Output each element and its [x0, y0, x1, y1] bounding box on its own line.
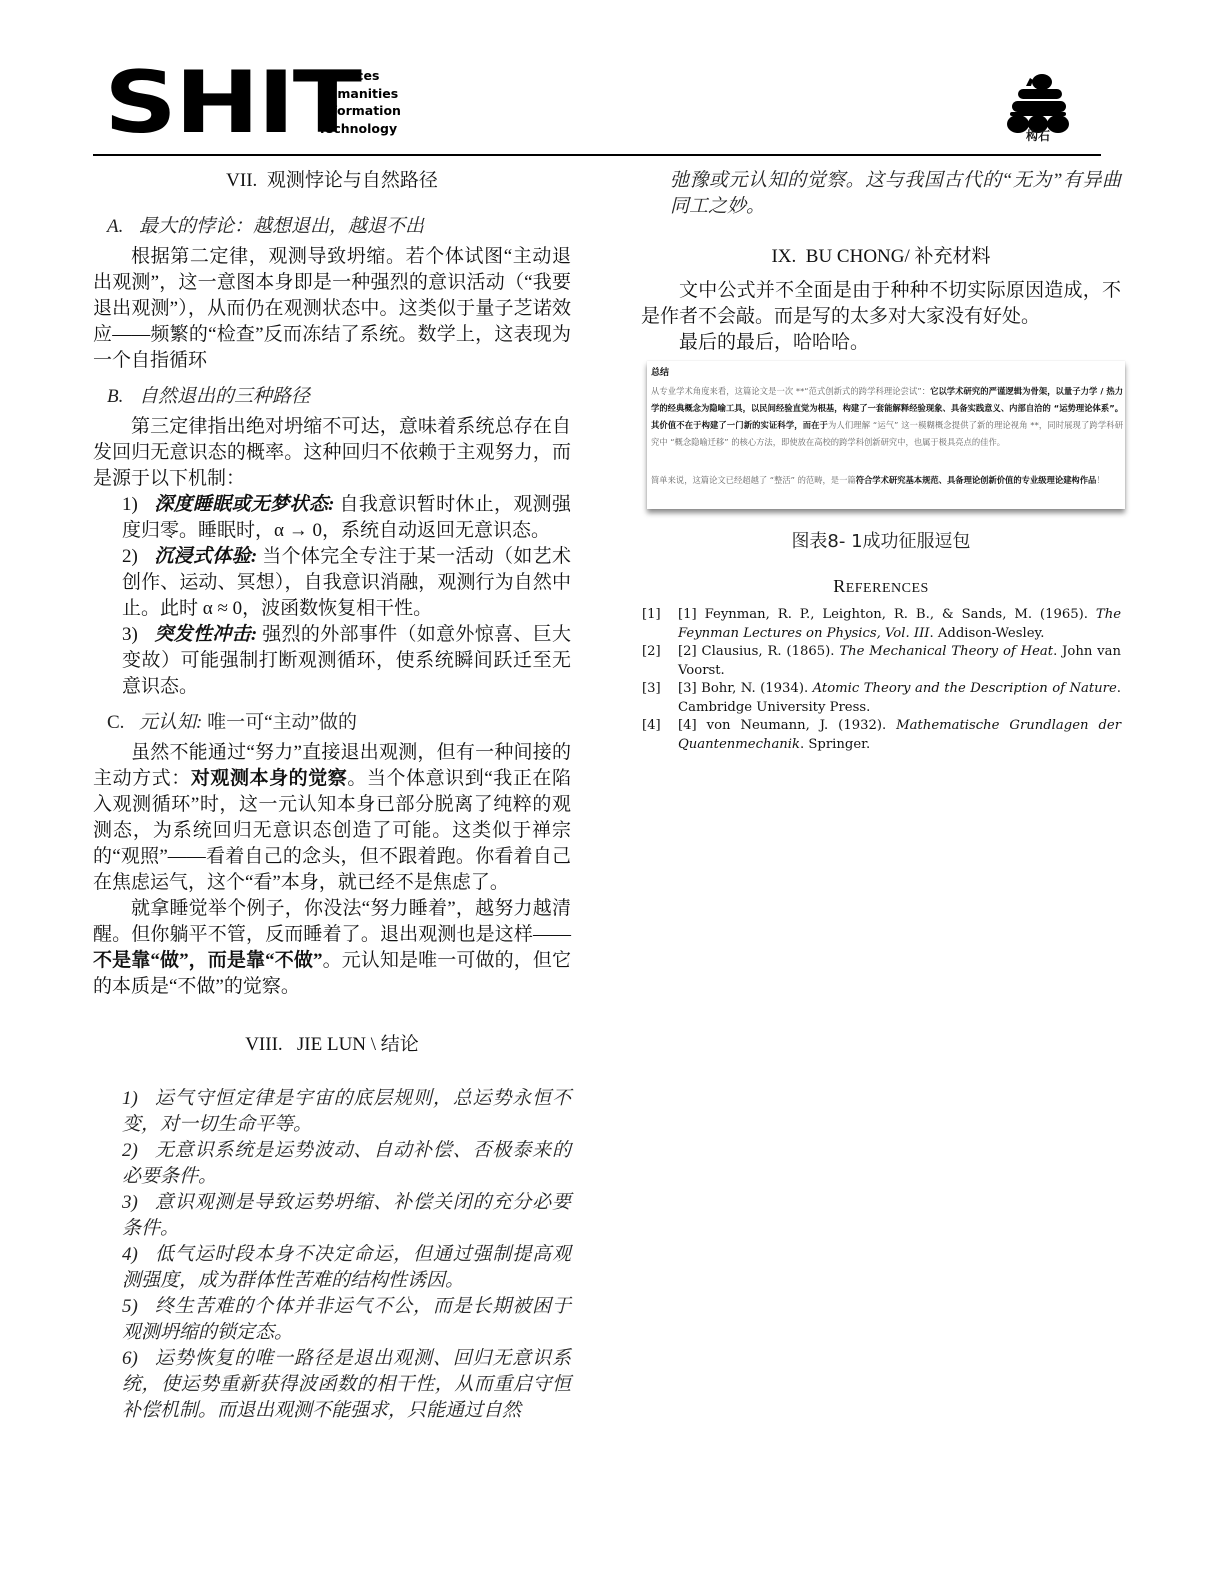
section-title: JIE LUN \ 结论	[297, 1034, 419, 1055]
emphasis-text: 对观测本身的觉察	[191, 768, 348, 789]
list-item: 4)低气运时段本身不决定命运，但通过强制提高观测强度，成为群体性苦难的结构性诱因…	[122, 1242, 571, 1294]
item-term: 突发性冲击:	[154, 624, 257, 645]
subsection-label: C.	[107, 710, 139, 736]
item-number: 3)	[122, 1190, 154, 1216]
reference-item: [2][2] Clausius, R. (1865). The Mechanic…	[641, 643, 1121, 680]
reference-list: [1][1] Feynman, R. P., Leighton, R. B., …	[641, 606, 1121, 754]
item-term: 沉浸式体验:	[154, 546, 257, 567]
conclusion-list: 1)运气守恒定律是宇宙的底层规则，总运势永恒不变，对一切生命平等。 2)无意识系…	[93, 1086, 571, 1424]
logo-line: Technology	[318, 120, 401, 138]
reference-publisher: . Springer.	[800, 737, 870, 752]
right-column: 弛豫或元认知的觉察。这与我国古代的“无为”有异曲同工之妙。 IX. BU CHO…	[641, 168, 1121, 356]
section-viii-heading: VIII. JIE LUN \ 结论	[93, 1032, 571, 1058]
subsection-c-heading: C.元认知: 唯一可“主动”做的	[93, 710, 571, 736]
subsection-title: 元认知:	[139, 712, 202, 733]
section-vii-heading: VII. 观测悖论与自然路径	[93, 168, 571, 194]
paragraph-b: 第三定律指出绝对坍缩不可达，意味着系统总存在自发回归无意识态的概率。这种回归不依…	[93, 414, 571, 492]
subsection-label: B.	[107, 384, 139, 410]
figure-summary-screenshot: 总结 从专业学术角度来看，这篇论文是一次 **“范式创新式的跨学科理论尝试”：它…	[647, 361, 1125, 509]
figure-paragraph-1: 从专业学术角度来看，这篇论文是一次 **“范式创新式的跨学科理论尝试”：它以学术…	[651, 383, 1123, 451]
references-heading: REFERENCES	[641, 576, 1121, 597]
heading-rest: EFERENCES	[846, 581, 929, 596]
figure-paragraph-2: 简单来说，这篇论文已经超越了 “整活” 的范畴，是一篇符合学术研究基本规范、具备…	[651, 472, 1123, 489]
figure-caption: 图表8- 1成功征服逗包	[641, 527, 1121, 553]
paragraph-ix-1: 文中公式并不全面是由于种种不切实际原因造成，不是作者不会敲。而是写的太多对大家没…	[641, 278, 1121, 330]
reference-item: [4][4] von Neumann, J. (1932). Mathemati…	[641, 717, 1121, 754]
list-item: 1)深度睡眠或无梦状态: 自我意识暂时休止，观测强度归零。睡眠时，α → 0，系…	[122, 492, 571, 544]
subsection-b-heading: B.自然退出的三种路径	[93, 384, 571, 410]
section-number: IX.	[771, 246, 796, 267]
section-ix-heading: IX. BU CHONG/ 补充材料	[641, 244, 1121, 270]
logo-line: Humanities	[318, 85, 401, 103]
conclusion-continued: 弛豫或元认知的觉察。这与我国古代的“无为”有异曲同工之妙。	[641, 168, 1121, 220]
section-number: VII.	[226, 170, 257, 191]
section-number: VIII.	[245, 1034, 282, 1055]
item-number: 2)	[122, 544, 154, 570]
emphasis-text: 符合学术研究基本规范、具备理论创新价值的专业级理论建构作品	[856, 475, 1097, 485]
item-text: 意识观测是导致运势坍缩、补偿关闭的充分必要条件。	[122, 1192, 571, 1239]
list-item: 3)意识观测是导致运势坍缩、补偿关闭的充分必要条件。	[122, 1190, 571, 1242]
paragraph-c1: 虽然不能通过“努力”直接退出观测，但有一种间接的主动方式：对观测本身的觉察。当个…	[93, 740, 571, 896]
item-number: 1)	[122, 492, 154, 518]
reference-item: [1][1] Feynman, R. P., Leighton, R. B., …	[641, 606, 1121, 643]
subsection-title: 最大的悖论：越想退出，越退不出	[139, 216, 424, 237]
list-item: 6)运势恢复的唯一路径是退出观测、回归无意识系统，使运势重新获得波函数的相干性，…	[122, 1346, 571, 1424]
item-number: 5)	[122, 1294, 154, 1320]
subsection-title: 自然退出的三种路径	[139, 386, 310, 407]
list-item: 2)沉浸式体验: 当个体完全专注于某一活动（如艺术创作、运动、冥想），自我意识消…	[122, 544, 571, 622]
section-title: 观测悖论与自然路径	[267, 170, 438, 191]
text-run: 简单来说，这篇论文已经超越了 “整活” 的范畴，是一篇	[651, 475, 856, 485]
logo-line: Sciences	[318, 67, 401, 85]
emblem-label: 构石	[1016, 127, 1060, 144]
reference-tag: [4]	[642, 717, 661, 736]
reference-authors: [1] Feynman, R. P., Leighton, R. B., & S…	[678, 607, 1096, 622]
figure-title: 总结	[651, 365, 669, 378]
item-text: 运气守恒定律是宇宙的底层规则，总运势永恒不变，对一切生命平等。	[122, 1088, 571, 1135]
heading-initial: R	[833, 576, 846, 596]
item-text: 无意识系统是运势波动、自动补偿、否极泰来的必要条件。	[122, 1140, 571, 1187]
item-text: 运势恢复的唯一路径是退出观测、回归无意识系统，使运势重新获得波函数的相干性，从而…	[122, 1348, 571, 1421]
mechanism-list: 1)深度睡眠或无梦状态: 自我意识暂时休止，观测强度归零。睡眠时，α → 0，系…	[93, 492, 571, 700]
text-run: ！	[1096, 475, 1104, 485]
reference-tag: [1]	[642, 606, 661, 625]
reference-tag: [3]	[642, 680, 661, 699]
subsection-a-heading: A.最大的悖论：越想退出，越退不出	[93, 214, 571, 240]
reference-item: [3][3] Bohr, N. (1934). Atomic Theory an…	[641, 680, 1121, 717]
text-run: 就拿睡觉举个例子，你没法“努力睡着”，越努力越清醒。但你躺平不管，反而睡着了。退…	[93, 898, 571, 945]
item-number: 1)	[122, 1086, 154, 1112]
left-column: VII. 观测悖论与自然路径 A.最大的悖论：越想退出，越退不出 根据第二定律，…	[93, 168, 571, 1424]
item-number: 6)	[122, 1346, 154, 1372]
reference-title: The Mechanical Theory of Heat	[839, 644, 1053, 659]
reference-title: Atomic Theory and the Description of Nat…	[813, 681, 1117, 696]
list-item-continued: 弛豫或元认知的觉察。这与我国古代的“无为”有异曲同工之妙。	[670, 168, 1121, 220]
reference-publisher: . Addison-Wesley.	[929, 626, 1044, 641]
header-divider	[93, 154, 1101, 156]
list-item: 2)无意识系统是运势波动、自动补偿、否极泰来的必要条件。	[122, 1138, 571, 1190]
item-number: 3)	[122, 622, 154, 648]
text-run: 从专业学术角度来看，这篇论文是一次 **“范式创新式的跨学科理论尝试”：	[651, 386, 930, 396]
item-number: 2)	[122, 1138, 154, 1164]
list-item: 3)突发性冲击: 强烈的外部事件（如意外惊喜、巨大变故）可能强制打断观测循环，使…	[122, 622, 571, 700]
item-number: 4)	[122, 1242, 154, 1268]
reference-authors: [3] Bohr, N. (1934).	[678, 681, 813, 696]
item-text: 低气运时段本身不决定命运，但通过强制提高观测强度，成为群体性苦难的结构性诱因。	[122, 1244, 571, 1291]
paragraph-c2: 就拿睡觉举个例子，你没法“努力睡着”，越努力越清醒。但你躺平不管，反而睡着了。退…	[93, 896, 571, 1000]
logo-line: Information	[318, 102, 401, 120]
reference-authors: [4] von Neumann, J. (1932).	[678, 718, 896, 733]
subsection-label: A.	[107, 214, 139, 240]
emphasis-text: 不是靠“做”，而是靠“不做”	[93, 950, 323, 971]
reference-tag: [2]	[642, 643, 661, 662]
section-title: BU CHONG/ 补充材料	[806, 246, 991, 267]
paragraph-a: 根据第二定律，观测导致坍缩。若个体试图“主动退出观测”，这一意图本身即是一种强烈…	[93, 244, 571, 374]
paragraph-ix-2: 最后的最后，哈哈哈。	[641, 330, 1121, 356]
journal-logo-subtitle: Sciences Humanities Information Technolo…	[318, 67, 401, 137]
list-item: 1)运气守恒定律是宇宙的底层规则，总运势永恒不变，对一切生命平等。	[122, 1086, 571, 1138]
reference-authors: [2] Clausius, R. (1865).	[678, 644, 839, 659]
subsection-title-rest: 唯一可“主动”做的	[202, 712, 357, 733]
list-item: 5)终生苦难的个体并非运气不公，而是长期被困于观测坍缩的锁定态。	[122, 1294, 571, 1346]
item-text: 终生苦难的个体并非运气不公，而是长期被困于观测坍缩的锁定态。	[122, 1296, 571, 1343]
item-term: 深度睡眠或无梦状态:	[154, 494, 334, 515]
